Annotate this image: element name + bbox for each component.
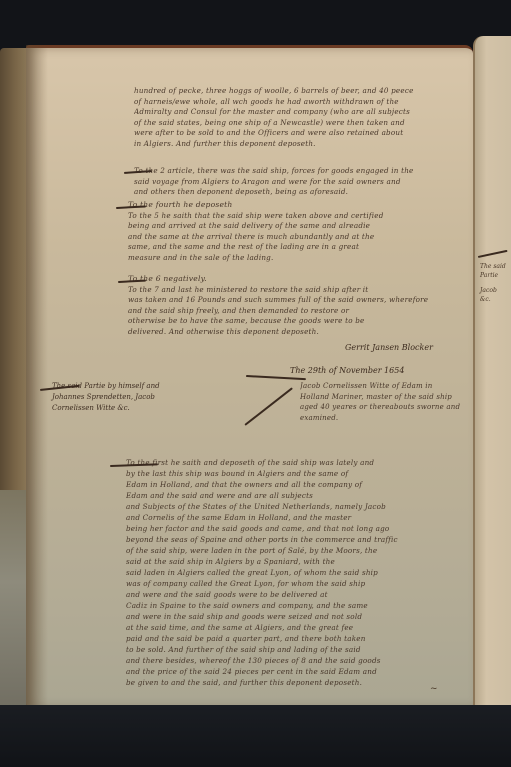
paragraph-1: hundred of pecke, three hoggs of woolle,… bbox=[134, 86, 472, 149]
margin-note: The said Partie by himself and Johannes … bbox=[52, 381, 222, 414]
margin-line: Cornelissen Witte &c. bbox=[52, 403, 222, 414]
bottom-mark: ~ bbox=[430, 684, 438, 694]
text-line: and Subjects of the States of the United… bbox=[126, 501, 472, 512]
paragraph-3: To the fourth he deposeth To the 5 he sa… bbox=[128, 200, 472, 263]
text-line: To the 6 negatively. bbox=[128, 274, 472, 285]
margin-line: The said Partie by himself and bbox=[52, 381, 222, 392]
text-line: and others then deponent deposeth, being… bbox=[134, 187, 472, 198]
paragraph-4: To the 6 negatively. To the 7 and last h… bbox=[128, 274, 472, 337]
text-line: Jacob Cornelissen Witte of Edam in bbox=[300, 381, 472, 392]
text-line: and the same at the arrival there is muc… bbox=[128, 232, 472, 243]
text-line: measure and in the sale of the lading. bbox=[128, 253, 472, 264]
text-line: and Cornelis of the same Edam in Holland… bbox=[126, 512, 472, 523]
deposition-header: Jacob Cornelissen Witte of Edam in Holla… bbox=[300, 381, 472, 423]
text-line: To the 5 he saith that the said ship wer… bbox=[128, 211, 472, 222]
facing-page-note: The said Partie Jacob &c. bbox=[480, 262, 510, 304]
text-line: delivered. And otherwise this deponent d… bbox=[128, 327, 472, 338]
paragraph-2: To the 2 article, there was the said shi… bbox=[134, 166, 472, 198]
text-line: To the 7 and last he ministered to resto… bbox=[128, 285, 472, 296]
text-line: was of company called the Great Lyon, fo… bbox=[126, 578, 472, 589]
text-line: and were and the said goods were to be d… bbox=[126, 589, 472, 600]
text-line: by the last this ship was bound in Algie… bbox=[126, 468, 472, 479]
text-line: examined. bbox=[300, 413, 472, 424]
text-line: Cadiz in Spaine to the said owners and c… bbox=[126, 600, 472, 611]
text-line: be given to and the said, and further th… bbox=[126, 677, 472, 688]
text-line: hundred of pecke, three hoggs of woolle,… bbox=[134, 86, 472, 97]
facing-line: &c. bbox=[480, 295, 510, 304]
text-line: and were in the said ship and goods were… bbox=[126, 611, 472, 622]
facing-line: Jacob bbox=[480, 286, 510, 295]
text-line: To the first he saith and deposeth of th… bbox=[126, 457, 472, 468]
facing-page bbox=[473, 36, 511, 716]
text-line: aged 40 yeares or thereabouts sworne and bbox=[300, 402, 472, 413]
text-line: Edam in Holland, and that the owners and… bbox=[126, 479, 472, 490]
text-line: Admiralty and Consul for the master and … bbox=[134, 107, 472, 118]
text-line: said at the said ship in Algiers by a Sp… bbox=[126, 556, 472, 567]
text-line: To the fourth he deposeth bbox=[128, 200, 472, 211]
deponent-signature: Gerrit Jansen Blocker bbox=[345, 343, 433, 352]
text-line: of harneis/ewe whole, all wch goods he h… bbox=[134, 97, 472, 108]
text-line: and the said ship freely, and then deman… bbox=[128, 306, 472, 317]
paragraph-5: To the first he saith and deposeth of th… bbox=[126, 457, 472, 688]
text-line: said laden in Algiers called the great L… bbox=[126, 567, 472, 578]
text-line: To the 2 article, there was the said shi… bbox=[134, 166, 472, 177]
text-line: same, and the same and the rest of the l… bbox=[128, 242, 472, 253]
text-line: beyond the seas of Spaine and other port… bbox=[126, 534, 472, 545]
page-edge-shadow bbox=[26, 45, 48, 705]
text-line: being her factor and the said goods and … bbox=[126, 523, 472, 534]
text-line: Edam and the said and were and are all s… bbox=[126, 490, 472, 501]
text-line: in Algiers. And further this deponent de… bbox=[134, 139, 472, 150]
text-line: was taken and 16 Pounds and such summes … bbox=[128, 295, 472, 306]
text-line: paid and the said be paid a quarter part… bbox=[126, 633, 472, 644]
text-line: to be sold. And further of the said ship… bbox=[126, 644, 472, 655]
facing-line: Partie bbox=[480, 271, 510, 280]
margin-line: Johannes Sprendetten, Jacob bbox=[52, 392, 222, 403]
text-line: of the said states, being one ship of a … bbox=[134, 118, 472, 129]
text-line: of the said ship, were laden in the port… bbox=[126, 545, 472, 556]
text-line: Holland Mariner, master of the said ship bbox=[300, 392, 472, 403]
text-line: were after to be sold to and the Officer… bbox=[134, 128, 472, 139]
text-line: and there besides, whereof the 130 piece… bbox=[126, 655, 472, 666]
text-line: said voyage from Algiers to Aragon and w… bbox=[134, 177, 472, 188]
text-line: otherwise be to have the same, because t… bbox=[128, 316, 472, 327]
text-line: at the said time, and the same at Algier… bbox=[126, 622, 472, 633]
dark-background-bottom bbox=[0, 705, 511, 767]
text-line: being and arrived at the said delivery o… bbox=[128, 221, 472, 232]
facing-line: The said bbox=[480, 262, 510, 271]
deposition-date: The 29th of November 1654 bbox=[290, 366, 404, 375]
text-line: and the price of the said 24 pieces per … bbox=[126, 666, 472, 677]
